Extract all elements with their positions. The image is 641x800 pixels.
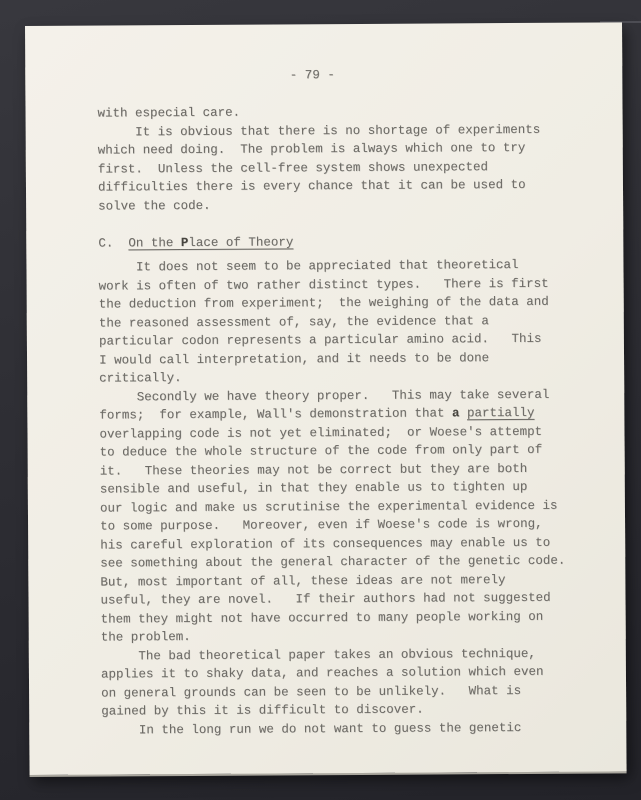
text-line: the deduction from experiment; the weigh… bbox=[99, 293, 584, 314]
text-line: to some purpose. Moreover, even if Woese… bbox=[100, 515, 585, 536]
overstruck-letter: P bbox=[181, 236, 189, 250]
text-line: see something about the general characte… bbox=[100, 552, 585, 573]
text-line: useful, they are novel. If their authors… bbox=[100, 589, 585, 610]
text-line: In the long run we do not want to guess … bbox=[101, 718, 586, 739]
section-title: On the Place of Theory bbox=[128, 235, 293, 250]
section-letter: C. bbox=[98, 236, 128, 250]
text-line: difficulties there is every chance that … bbox=[98, 176, 583, 197]
text-line: It does not seem to be appreciated that … bbox=[98, 256, 583, 277]
text-line-emphasis: forms; for example, Wall's demonstration… bbox=[99, 404, 584, 425]
photo-background: - 79 - with especial care. It is obvious… bbox=[0, 0, 641, 800]
text-line: particular codon represents a particular… bbox=[99, 330, 584, 351]
section-heading: C. On the Place of Theory bbox=[98, 231, 583, 252]
text-line: applies it to shaky data, and reaches a … bbox=[101, 663, 586, 684]
text-line: sensible and useful, in that they enable… bbox=[100, 478, 585, 499]
text-line: on general grounds can be seen to be unl… bbox=[101, 681, 586, 702]
text-line: to deduce the whole structure of the cod… bbox=[100, 441, 585, 462]
text-line: which need doing. The problem is always … bbox=[98, 139, 583, 160]
text-line: them they might not have occurred to man… bbox=[101, 607, 586, 628]
underlined-word: partially bbox=[467, 406, 535, 420]
document-page: - 79 - with especial care. It is obvious… bbox=[25, 22, 627, 775]
overstruck-word: a bbox=[452, 406, 460, 420]
